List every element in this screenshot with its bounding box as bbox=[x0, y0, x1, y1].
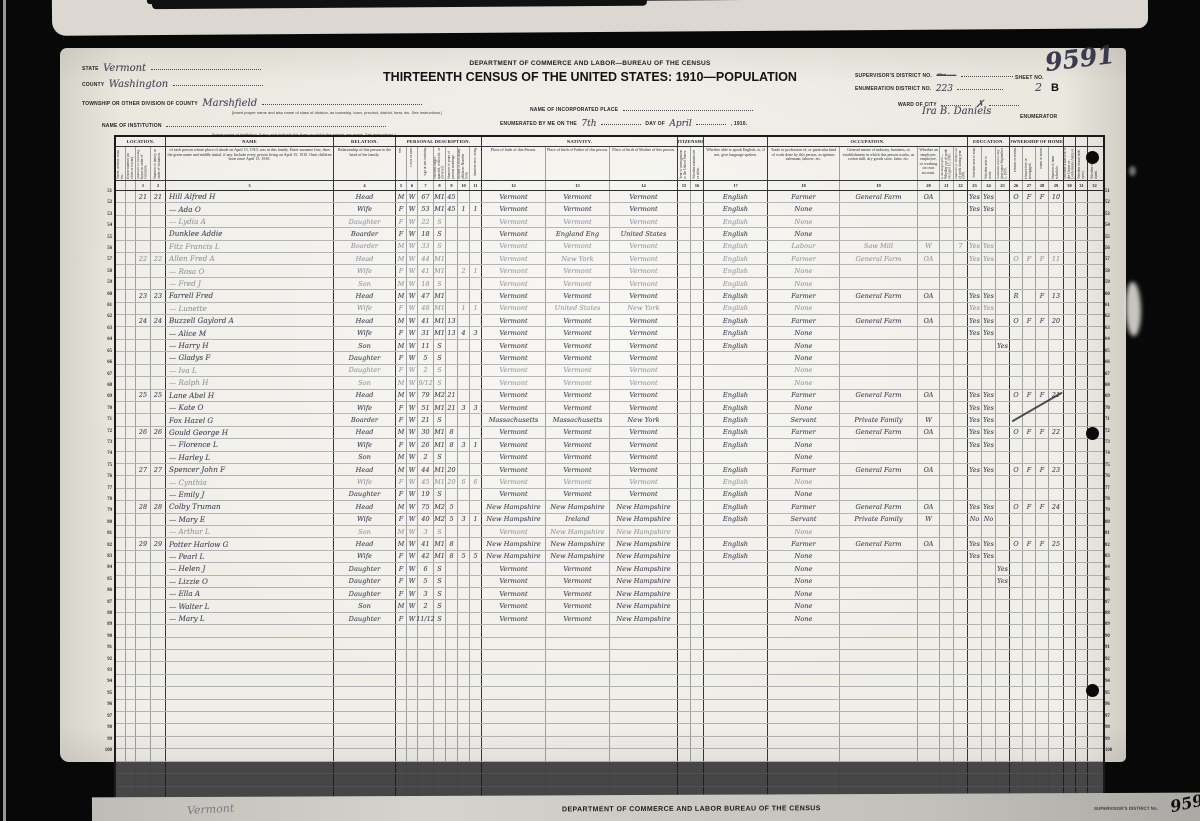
cell-dwell: 27 bbox=[136, 464, 151, 475]
cell-vet bbox=[1064, 377, 1076, 388]
cell-street bbox=[116, 675, 126, 686]
cell-ind: Saw Mill bbox=[840, 241, 918, 252]
cell-nat bbox=[691, 327, 704, 338]
cell-house bbox=[126, 340, 136, 351]
entry-age: 3 bbox=[423, 590, 427, 598]
cell-free: F bbox=[1023, 253, 1036, 264]
entry-bm: New Hampshire bbox=[616, 540, 670, 548]
cell-out bbox=[940, 290, 954, 301]
cell-occ bbox=[768, 675, 840, 686]
cell-occ: Farmer bbox=[768, 290, 840, 301]
cell-bm: Vermont bbox=[610, 191, 678, 202]
cell-bf: Vermont bbox=[546, 390, 610, 401]
cell-school: Yes bbox=[996, 576, 1010, 587]
entry-bp: Vermont bbox=[499, 404, 527, 412]
cell-fno bbox=[1049, 700, 1064, 711]
entry-bp: Vermont bbox=[499, 255, 527, 263]
cell-imm bbox=[678, 774, 691, 785]
entry-eng: English bbox=[723, 218, 748, 226]
cell-dwell bbox=[136, 377, 151, 388]
cell-bf: United States bbox=[546, 303, 610, 314]
cell-weeks bbox=[954, 452, 968, 463]
entry-emp: OA bbox=[924, 193, 934, 201]
cell-fno bbox=[1049, 514, 1064, 525]
cell-bm: New Hampshire bbox=[610, 514, 678, 525]
line-number: 64 bbox=[1105, 334, 1119, 345]
line-number: 65 bbox=[98, 346, 112, 357]
line-number: 64 bbox=[98, 334, 112, 345]
cell-nat bbox=[691, 228, 704, 239]
cell-born: 2 bbox=[458, 265, 470, 276]
cell-fno bbox=[1049, 489, 1064, 500]
cell-house bbox=[126, 662, 136, 673]
entry-mar: M1 bbox=[434, 267, 445, 275]
column-header-nat: Whether naturalized or alien. bbox=[691, 147, 704, 180]
table-row: — Harry HSonMW11SVermontVermontVermontEn… bbox=[116, 340, 1103, 352]
cell-rel bbox=[334, 638, 396, 649]
cell-free bbox=[1023, 327, 1036, 338]
cell-fno: 23 bbox=[1049, 464, 1064, 475]
entry-occ: Farmer bbox=[791, 292, 816, 300]
cell-bf: Vermont bbox=[546, 352, 610, 363]
cell-emp bbox=[918, 687, 940, 698]
entry-yrs: 13 bbox=[447, 317, 455, 325]
cell-mar: M2 bbox=[434, 390, 446, 401]
cell-bp: Vermont bbox=[482, 216, 546, 227]
entry-write: Yes bbox=[983, 552, 994, 560]
line-number: 87 bbox=[98, 597, 112, 608]
cell-fam bbox=[151, 439, 166, 450]
column-header-mar: Whether single, married, widowed, or div… bbox=[434, 147, 446, 180]
entry-bf: Vermont bbox=[563, 354, 591, 362]
cell-mar: M1 bbox=[434, 464, 446, 475]
cell-mar: M1 bbox=[434, 402, 446, 413]
group-header-blank bbox=[1088, 137, 1101, 146]
cell-house bbox=[126, 241, 136, 252]
cell-out bbox=[940, 774, 954, 785]
cell-write: Yes bbox=[982, 427, 996, 438]
cell-street bbox=[116, 774, 126, 785]
cell-deaf bbox=[1088, 712, 1101, 723]
cell-nat bbox=[691, 414, 704, 425]
cell-out bbox=[940, 191, 954, 202]
previous-sheet-table-border-thick bbox=[152, 0, 647, 9]
cell-fam bbox=[151, 675, 166, 686]
line-number: 86 bbox=[1105, 585, 1119, 596]
column-header-text-rel: Relationship of this person to the head … bbox=[334, 147, 395, 158]
cell-rel: Son bbox=[334, 340, 396, 351]
cell-school bbox=[996, 452, 1010, 463]
table-column-number-row: 1234567891011121314151617181920212223242… bbox=[116, 181, 1103, 191]
cell-bf: Vermont bbox=[546, 216, 610, 227]
cell-yrs bbox=[446, 290, 458, 301]
cell-rel: Son bbox=[334, 526, 396, 537]
entry-eng: English bbox=[723, 329, 748, 337]
cell-read bbox=[968, 737, 982, 748]
cell-rel bbox=[334, 749, 396, 760]
cell-occ: Servant bbox=[768, 414, 840, 425]
cell-bp bbox=[482, 662, 546, 673]
cell-fno bbox=[1049, 749, 1064, 760]
entry-dwell: 22 bbox=[139, 255, 147, 263]
cell-street bbox=[116, 377, 126, 388]
cell-imm bbox=[678, 452, 691, 463]
cell-fam bbox=[151, 687, 166, 698]
cell-yrs bbox=[446, 600, 458, 611]
table-row: — Rosa OWifeFW41M121VermontVermontVermon… bbox=[116, 265, 1103, 277]
cell-vet bbox=[1064, 762, 1076, 773]
cell-fno bbox=[1049, 241, 1064, 252]
cell-sex: F bbox=[396, 203, 407, 214]
line-number: 92 bbox=[1105, 654, 1119, 665]
table-row: — Iva LDaughterFW2SVermontVermontVermont… bbox=[116, 365, 1103, 377]
cell-bp: Vermont bbox=[482, 489, 546, 500]
cell-rel: Daughter bbox=[334, 576, 396, 587]
cell-bp: Vermont bbox=[482, 265, 546, 276]
cell-ind bbox=[840, 613, 918, 624]
line-number: 75 bbox=[98, 460, 112, 471]
cell-vet bbox=[1064, 365, 1076, 376]
cell-house bbox=[126, 700, 136, 711]
entry-color: W bbox=[409, 317, 416, 325]
cell-deaf bbox=[1088, 501, 1101, 512]
cell-school bbox=[996, 352, 1010, 363]
column-number-9: 9 bbox=[446, 181, 458, 190]
entry-rel: Daughter bbox=[349, 565, 381, 573]
column-number-32: 32 bbox=[1088, 181, 1101, 190]
entry-fam: 27 bbox=[154, 466, 162, 474]
entry-color: W bbox=[409, 267, 416, 275]
cell-age: 26 bbox=[418, 439, 434, 450]
cell-farm: F bbox=[1036, 501, 1049, 512]
cell-farm bbox=[1036, 576, 1049, 587]
line-number: 85 bbox=[98, 574, 112, 585]
cell-yrs: 45 bbox=[446, 203, 458, 214]
entry-sex: F bbox=[399, 329, 403, 337]
cell-age: 44 bbox=[418, 253, 434, 264]
cell-name: — Alice M bbox=[166, 327, 334, 338]
cell-vet bbox=[1064, 427, 1076, 438]
cell-dwell bbox=[136, 278, 151, 289]
entry-born: 5 bbox=[461, 552, 465, 560]
entry-dwell: 29 bbox=[139, 540, 147, 548]
cell-imm bbox=[678, 228, 691, 239]
cell-farm bbox=[1036, 340, 1049, 351]
entry-name: — Ada O bbox=[169, 205, 201, 214]
cell-liv bbox=[470, 390, 482, 401]
entry-bf: Vermont bbox=[563, 490, 591, 498]
cell-color: W bbox=[407, 216, 418, 227]
cell-rel: Wife bbox=[334, 265, 396, 276]
cell-name: — Ralph H bbox=[166, 377, 334, 388]
cell-house bbox=[126, 414, 136, 425]
cell-street bbox=[116, 613, 126, 624]
cell-weeks bbox=[954, 526, 968, 537]
cell-liv bbox=[470, 241, 482, 252]
cell-rel: Head bbox=[334, 390, 396, 401]
cell-occ: None bbox=[768, 439, 840, 450]
cell-mar bbox=[434, 762, 446, 773]
cell-fam bbox=[151, 551, 166, 562]
line-number: 84 bbox=[98, 562, 112, 573]
cell-mar: S bbox=[434, 563, 446, 574]
cell-farm bbox=[1036, 303, 1049, 314]
cell-deaf bbox=[1088, 228, 1101, 239]
cell-nat bbox=[691, 464, 704, 475]
entry-ind: Private Family bbox=[854, 515, 902, 523]
entry-fam: 23 bbox=[154, 292, 162, 300]
cell-rel: Son bbox=[334, 377, 396, 388]
cell-nat bbox=[691, 265, 704, 276]
cell-imm bbox=[678, 625, 691, 636]
line-number: 100 bbox=[1105, 745, 1119, 756]
cell-free bbox=[1023, 290, 1036, 301]
entry-emp: OA bbox=[924, 540, 934, 548]
cell-write: Yes bbox=[982, 191, 996, 202]
cell-farm bbox=[1036, 737, 1049, 748]
cell-ind bbox=[840, 600, 918, 611]
entry-mar: M1 bbox=[434, 441, 445, 449]
cell-free bbox=[1023, 712, 1036, 723]
cell-ind bbox=[840, 352, 918, 363]
line-number: 56 bbox=[98, 243, 112, 254]
cell-owned bbox=[1010, 650, 1023, 661]
cell-weeks bbox=[954, 774, 968, 785]
cell-color: W bbox=[407, 551, 418, 562]
cell-color: W bbox=[407, 514, 418, 525]
cell-age: 21 bbox=[418, 414, 434, 425]
entry-age: 26 bbox=[421, 441, 429, 449]
cell-yrs: 21 bbox=[446, 402, 458, 413]
cell-imm bbox=[678, 414, 691, 425]
entry-write: Yes bbox=[983, 304, 994, 312]
enumerated-prefix: ENUMERATED BY ME ON THE bbox=[500, 121, 577, 127]
column-header-school: Attended school any time since September… bbox=[996, 147, 1010, 180]
entry-color: W bbox=[409, 205, 416, 213]
entry-name: Hill Alfred H bbox=[169, 192, 215, 201]
entry-ind: General Farm bbox=[855, 317, 901, 325]
entry-eng: English bbox=[723, 193, 748, 201]
cell-bf bbox=[546, 712, 610, 723]
entry-bp: Vermont bbox=[499, 304, 527, 312]
entry-occ: Farmer bbox=[791, 428, 816, 436]
cell-eng: English bbox=[704, 290, 768, 301]
cell-sex: M bbox=[396, 315, 407, 326]
cell-rel: Daughter bbox=[334, 613, 396, 624]
entry-mar: M1 bbox=[434, 404, 445, 412]
entry-age: 75 bbox=[421, 503, 429, 511]
entry-write: Yes bbox=[983, 428, 994, 436]
cell-bm bbox=[610, 724, 678, 735]
cell-street bbox=[116, 427, 126, 438]
entry-born: 6 bbox=[461, 478, 465, 486]
entry-bf: Vermont bbox=[563, 453, 591, 461]
cell-owned bbox=[1010, 600, 1023, 611]
cell-street bbox=[116, 414, 126, 425]
line-number: 97 bbox=[1105, 711, 1119, 722]
cell-occ: None bbox=[768, 365, 840, 376]
entry-read: Yes bbox=[969, 292, 980, 300]
cell-house bbox=[126, 476, 136, 487]
entry-bp: Vermont bbox=[499, 590, 527, 598]
cell-farm bbox=[1036, 638, 1049, 649]
cell-imm bbox=[678, 724, 691, 735]
cell-nat bbox=[691, 476, 704, 487]
cell-bm bbox=[610, 675, 678, 686]
cell-bf bbox=[546, 724, 610, 735]
column-number-25: 25 bbox=[996, 181, 1010, 190]
cell-street bbox=[116, 588, 126, 599]
cell-fam bbox=[151, 600, 166, 611]
cell-age bbox=[418, 675, 434, 686]
line-number: 67 bbox=[98, 369, 112, 380]
cell-bm bbox=[610, 700, 678, 711]
cell-sex bbox=[396, 650, 407, 661]
cell-bf: Vermont bbox=[546, 452, 610, 463]
cell-born bbox=[458, 464, 470, 475]
entry-bf: Vermont bbox=[563, 342, 591, 350]
cell-bf bbox=[546, 625, 610, 636]
cell-write bbox=[982, 265, 996, 276]
entry-mar: M1 bbox=[434, 255, 445, 263]
cell-mar: M1 bbox=[434, 476, 446, 487]
cell-read: Yes bbox=[968, 315, 982, 326]
cell-dwell bbox=[136, 687, 151, 698]
cell-sex: F bbox=[396, 402, 407, 413]
entry-bm: Vermont bbox=[629, 342, 657, 350]
cell-out bbox=[940, 501, 954, 512]
column-header-text-free: Owned free or mortgaged. bbox=[1025, 147, 1033, 179]
cell-born: 4 bbox=[458, 327, 470, 338]
entry-rel: Daughter bbox=[349, 615, 381, 623]
cell-mar: M1 bbox=[434, 327, 446, 338]
line-number: 80 bbox=[1105, 517, 1119, 528]
cell-deaf bbox=[1088, 315, 1101, 326]
cell-name bbox=[166, 675, 334, 686]
entry-color: W bbox=[409, 342, 416, 350]
cell-vet bbox=[1064, 352, 1076, 363]
cell-born bbox=[458, 774, 470, 785]
cell-deaf bbox=[1088, 489, 1101, 500]
cell-weeks bbox=[954, 563, 968, 574]
entry-bm: Vermont bbox=[629, 404, 657, 412]
cell-blind bbox=[1076, 576, 1088, 587]
cell-read bbox=[968, 452, 982, 463]
cell-street bbox=[116, 327, 126, 338]
cell-fam bbox=[151, 526, 166, 537]
entry-free: F bbox=[1027, 503, 1031, 511]
cell-emp bbox=[918, 588, 940, 599]
cell-ind bbox=[840, 724, 918, 735]
entry-color: W bbox=[409, 528, 416, 536]
cell-school: Yes bbox=[996, 340, 1010, 351]
entry-name: Colby Truman bbox=[169, 502, 221, 511]
cell-age bbox=[418, 662, 434, 673]
line-number: 68 bbox=[98, 380, 112, 391]
cell-imm bbox=[678, 613, 691, 624]
column-header-owned: Owned or rented. bbox=[1010, 147, 1023, 180]
cell-school bbox=[996, 191, 1010, 202]
cell-occ: None bbox=[768, 352, 840, 363]
cell-occ: Farmer bbox=[768, 427, 840, 438]
cell-bp: Vermont bbox=[482, 613, 546, 624]
cell-bp: New Hampshire bbox=[482, 551, 546, 562]
entry-fam: 25 bbox=[154, 391, 162, 399]
cell-deaf bbox=[1088, 303, 1101, 314]
cell-read: Yes bbox=[968, 327, 982, 338]
cell-weeks bbox=[954, 712, 968, 723]
entry-bm: New Hampshire bbox=[616, 590, 670, 598]
cell-bf bbox=[546, 737, 610, 748]
cell-bf: Vermont bbox=[546, 377, 610, 388]
cell-house bbox=[126, 278, 136, 289]
cell-farm bbox=[1036, 774, 1049, 785]
column-number-20: 20 bbox=[918, 181, 940, 190]
entry-color: W bbox=[409, 391, 416, 399]
line-number: 89 bbox=[1105, 619, 1119, 630]
cell-write: Yes bbox=[982, 203, 996, 214]
cell-free bbox=[1023, 340, 1036, 351]
column-number-street bbox=[116, 181, 126, 190]
cell-vet bbox=[1064, 551, 1076, 562]
column-number-11: 11 bbox=[470, 181, 482, 190]
entry-read: Yes bbox=[969, 503, 980, 511]
entry-bp: Vermont bbox=[499, 292, 527, 300]
cell-dwell bbox=[136, 588, 151, 599]
entry-emp: OA bbox=[924, 292, 934, 300]
cell-nat bbox=[691, 650, 704, 661]
column-header-text-color: Color or race. bbox=[410, 147, 414, 167]
cell-street bbox=[116, 762, 126, 773]
line-number: 62 bbox=[1105, 311, 1119, 322]
cell-bm: New York bbox=[610, 414, 678, 425]
cell-blind bbox=[1076, 390, 1088, 401]
cell-vet bbox=[1064, 576, 1076, 587]
cell-name bbox=[166, 638, 334, 649]
cell-deaf bbox=[1088, 352, 1101, 363]
entry-bm: New Hampshire bbox=[616, 515, 670, 523]
state-underline bbox=[151, 60, 261, 70]
entry-mar: S bbox=[437, 354, 441, 362]
entry-bm: New Hampshire bbox=[616, 528, 670, 536]
cell-free bbox=[1023, 675, 1036, 686]
cell-dwell bbox=[136, 675, 151, 686]
cell-weeks bbox=[954, 203, 968, 214]
cell-age bbox=[418, 700, 434, 711]
entry-yrs: 45 bbox=[447, 193, 455, 201]
cell-name bbox=[166, 712, 334, 723]
entry-occ: None bbox=[795, 565, 813, 573]
cell-name: — Lizzie O bbox=[166, 576, 334, 587]
cell-owned bbox=[1010, 352, 1023, 363]
entry-emp: W bbox=[925, 515, 932, 523]
cell-yrs bbox=[446, 638, 458, 649]
cell-sex: M bbox=[396, 390, 407, 401]
cell-ind: Private Family bbox=[840, 514, 918, 525]
cell-dwell: 29 bbox=[136, 538, 151, 549]
entry-fno: 23 bbox=[1052, 466, 1060, 474]
cell-read bbox=[968, 265, 982, 276]
entry-mar: S bbox=[437, 342, 441, 350]
entry-color: W bbox=[409, 304, 416, 312]
entry-bm: New Hampshire bbox=[616, 503, 670, 511]
cell-emp bbox=[918, 638, 940, 649]
cell-name: — Helen J bbox=[166, 563, 334, 574]
cell-occ: None bbox=[768, 551, 840, 562]
cell-deaf bbox=[1088, 737, 1101, 748]
entry-fno: 24 bbox=[1052, 503, 1060, 511]
cell-name: Fox Hazel G bbox=[166, 414, 334, 425]
